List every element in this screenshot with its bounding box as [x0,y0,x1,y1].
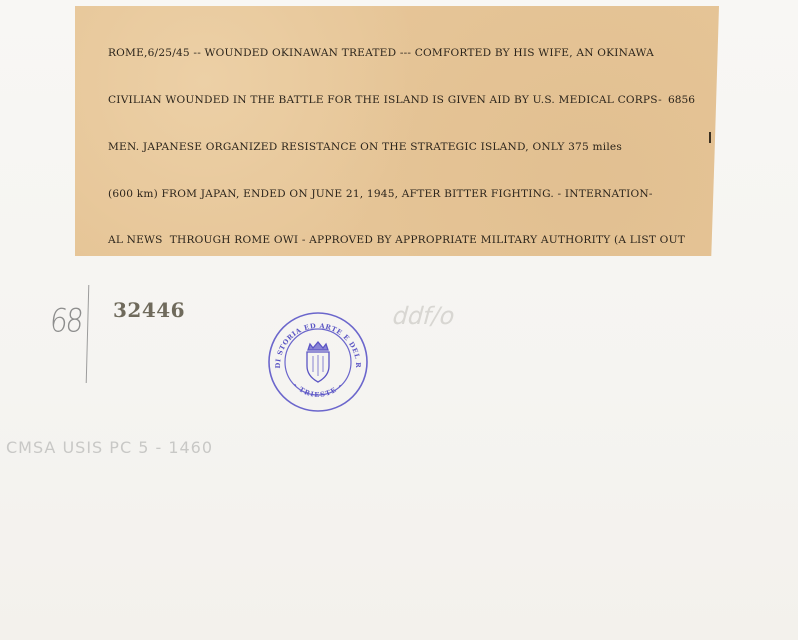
caption-line-4: (600 km) FROM JAPAN, ENDED ON JUNE 21, 1… [108,187,708,203]
stamped-inventory-number: 32446 [113,298,185,322]
archive-code: CMSA USIS PC 5 - 1460 [6,438,213,457]
shield-crown-emblem [307,342,329,382]
svg-text:- TRIESTE -: - TRIESTE - [292,381,345,399]
handwritten-number: 68 [48,302,84,340]
museum-stamp-icon: MUSEI CIVICI DI STORIA ED ARTE E DEL RIS… [266,310,370,414]
caption-line-5: AL NEWS THROUGH ROME OWI - APPROVED BY A… [108,233,708,249]
caption-reference-number: 6856 [668,94,695,106]
svg-text:MUSEI CIVICI DI STORIA ED ARTE: MUSEI CIVICI DI STORIA ED ARTE E DEL RIS… [266,310,362,369]
caption-line-2: CIVILIAN WOUNDED IN THE BATTLE FOR THE I… [108,93,708,109]
faint-pencil-note: ddf/o [389,302,458,330]
typed-caption: ROME,6/25/45 -- WOUNDED OKINAWAN TREATED… [108,15,708,265]
caption-line-3: MEN. JAPANESE ORGANIZED RESISTANCE ON TH… [108,140,708,156]
typed-tick-mark [709,132,711,143]
caption-line-1: ROME,6/25/45 -- WOUNDED OKINAWAN TREATED… [108,46,708,62]
